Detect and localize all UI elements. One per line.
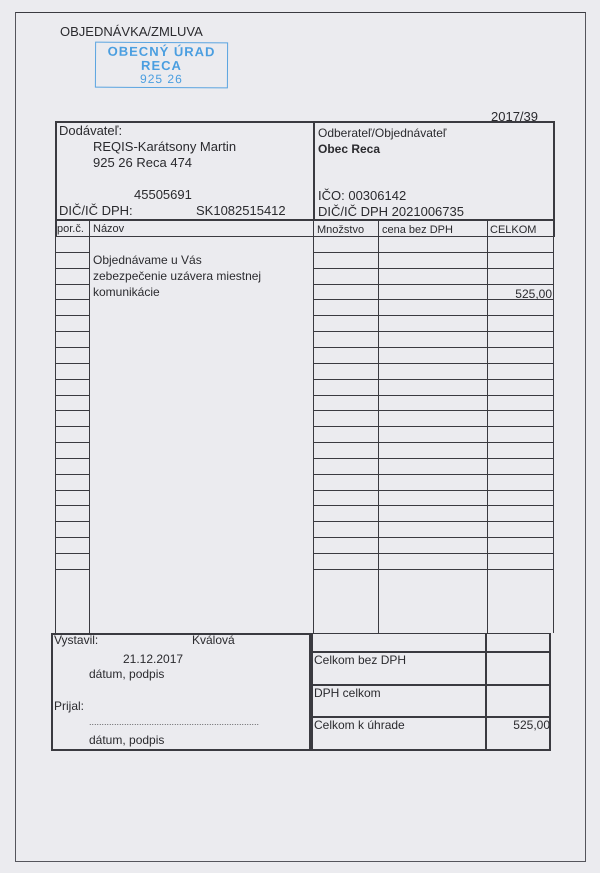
grid-line [55,474,89,475]
stamp-line-2: RECA [96,59,227,73]
customer-dic: DIČ/IČ DPH 2021006735 [318,204,464,219]
item-description-line-2: zebezpečenie uzávera miestnej [93,269,261,283]
grid-line [313,268,553,269]
grid-line [55,426,89,427]
col-header-name: Názov [93,222,124,236]
stamp-line-3: 925 26 [96,72,227,87]
grid-line [51,633,53,751]
item-description-line-1: Objednávame u Vás [93,253,202,267]
grid-line [55,268,89,269]
supplier-address: 925 26 Reca 474 [93,155,192,170]
grid-line [313,490,553,491]
grid-line [313,363,553,364]
grid-line [313,505,553,506]
grid-line [55,442,89,443]
supplier-ico: 45505691 [134,187,192,202]
col-header-index: por.č. [57,222,84,236]
supplier-label: Dodávateľ: [59,123,122,138]
grid-line [55,553,89,554]
supplier-dic: SK1082515412 [196,203,286,218]
grid-line [313,458,553,459]
grid-line [313,315,553,316]
grid-line [55,284,89,285]
col-header-price: cena bez DPH [382,223,453,237]
grid-line [55,219,553,221]
grid-line [55,379,89,380]
grid-line [55,236,555,237]
item-description-line-3: komunikácie [93,285,160,299]
vat-total-label: DPH celkom [314,686,381,700]
grid-line [313,442,553,443]
grid-line [311,633,550,634]
grid-line [55,219,56,633]
issued-date-sign-label: dátum, podpis [89,667,164,681]
grid-line [55,331,89,332]
item-total: 525,00 [490,287,552,301]
received-label: Prijal: [54,699,84,713]
grid-line [55,505,89,506]
grid-line [55,395,89,396]
signature-dotted-line: ........................................… [89,715,279,729]
grid-line [55,490,89,491]
supplier-dic-label: DIČ/IČ DPH: [59,203,133,218]
grid-line [55,299,89,300]
grid-line [55,121,555,123]
grid-line [55,521,89,522]
grid-line [313,379,553,380]
grid-line [313,284,553,285]
grid-line [313,426,553,427]
document-title: OBJEDNÁVKA/ZMLUVA [60,24,203,39]
grid-line [313,347,553,348]
grid-line [55,410,89,411]
grid-line [55,315,89,316]
total-to-pay-label: Celkom k úhrade [314,718,405,732]
grid-line [313,121,315,220]
grid-line [55,252,89,253]
grid-line [313,569,553,570]
grid-line [55,347,89,348]
grid-line [51,749,309,751]
total-to-pay-value: 525,00 [488,718,550,732]
received-date-sign-label: dátum, podpis [89,733,164,747]
total-without-vat-label: Celkom bez DPH [314,653,406,667]
grid-line [55,458,89,459]
grid-line [313,395,553,396]
grid-line [313,537,553,538]
grid-line [313,553,553,554]
issued-label: Vystavil: [54,633,98,647]
grid-line [553,219,554,633]
issued-by: Kválová [192,633,235,647]
col-header-quantity: Množstvo [317,223,364,237]
grid-line [313,252,553,253]
grid-line [313,521,553,522]
grid-line [89,219,90,633]
issued-date: 21.12.2017 [123,652,183,666]
customer-label: Odberateľ/Objednávateľ [318,126,446,140]
office-stamp: OBECNÝ ÚRAD RECA 925 26 [95,42,228,89]
grid-line [55,537,89,538]
col-header-total: CELKOM [490,223,536,237]
grid-line [311,749,550,751]
supplier-name: REQIS-Karátsony Martin [93,139,236,154]
grid-line [55,363,89,364]
grid-line [313,474,553,475]
customer-ico: IČO: 00306142 [318,188,406,203]
grid-line [313,410,553,411]
customer-name: Obec Reca [318,142,380,156]
grid-line [55,569,89,570]
grid-line [313,331,553,332]
